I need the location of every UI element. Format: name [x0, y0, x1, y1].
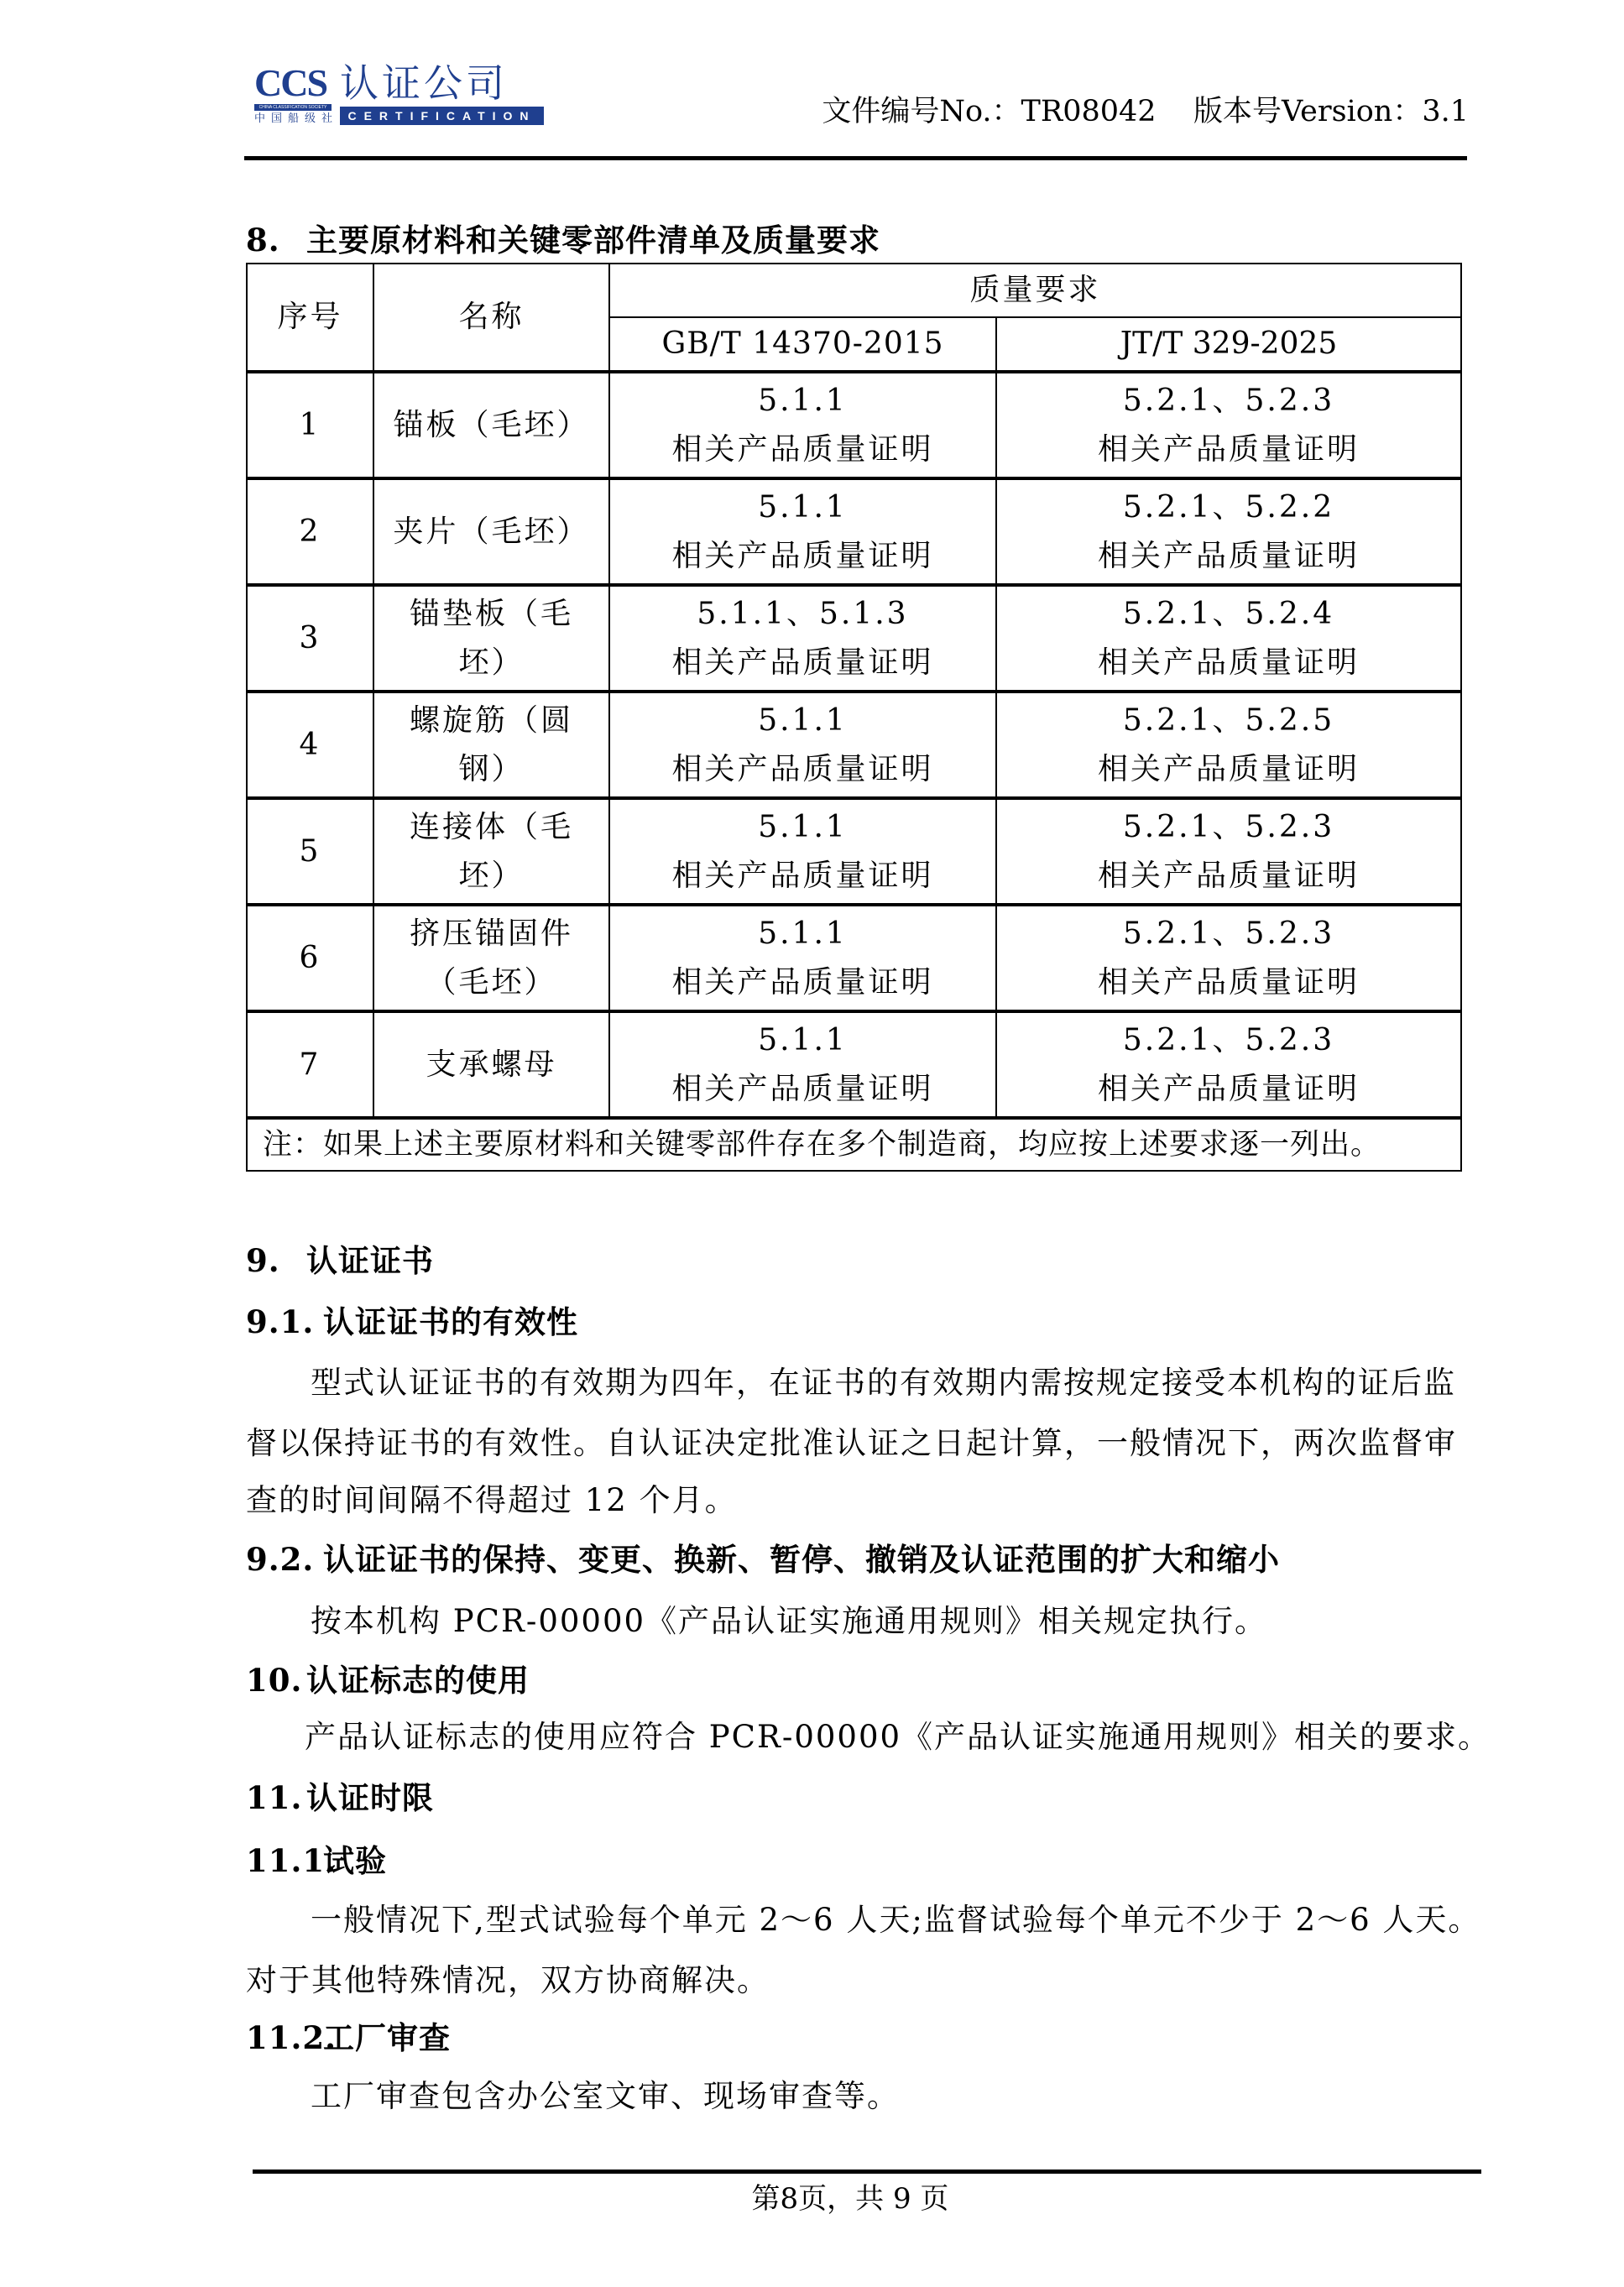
- cell-seq: 1: [247, 372, 373, 478]
- logo-society-en: CHINA CLASSIFICATION SOCIETY: [254, 104, 332, 111]
- section-8-heading: 8.主要原材料和关键零部件清单及质量要求: [246, 221, 880, 259]
- section-title: 认证证书的保持、变更、换新、暂停、撤销及认证范围的扩大和缩小: [323, 1541, 1280, 1578]
- cell-std2: 5.2.1、5.2.2相关产品质量证明: [996, 478, 1461, 585]
- section-title: 试验: [323, 1842, 387, 1879]
- header-name: 名称: [373, 264, 609, 372]
- paragraph-line: 督以保持证书的有效性。自认证决定批准认证之日起计算，一般情况下，两次监督审: [246, 1424, 1466, 1463]
- page-number: 第8页，共 9 页: [0, 2180, 1624, 2217]
- cell-seq: 6: [247, 905, 373, 1011]
- cell-std1: 5.1.1相关产品质量证明: [609, 478, 996, 585]
- cell-name: 锚板（毛坯）: [373, 372, 609, 478]
- cell-std2: 5.2.1、5.2.5相关产品质量证明: [996, 692, 1461, 798]
- section-title: 认证标志的使用: [306, 1662, 530, 1699]
- header-std-jt: JT/T 329-2025: [996, 317, 1461, 372]
- table-row: 4 螺旋筋（圆钢） 5.1.1相关产品质量证明 5.2.1、5.2.5相关产品质…: [247, 692, 1461, 798]
- document-number-version: 文件编号No.：TR08042 版本号Version：3.1: [822, 92, 1469, 131]
- table-row: 7 支承螺母 5.1.1相关产品质量证明 5.2.1、5.2.3相关产品质量证明: [247, 1011, 1461, 1118]
- section-title: 认证时限: [306, 1779, 434, 1816]
- section-number: 11.: [246, 1778, 306, 1817]
- section-number: 8.: [246, 221, 306, 259]
- cell-std1: 5.1.1相关产品质量证明: [609, 798, 996, 905]
- section-number: 11.1.: [246, 1841, 323, 1880]
- paragraph-line: 工厂审查包含办公室文审、现场审查等。: [311, 2077, 1466, 2116]
- table-row: 1 锚板（毛坯） 5.1.1相关产品质量证明 5.2.1、5.2.3相关产品质量…: [247, 372, 1461, 478]
- section-9-2-heading: 9.2.认证证书的保持、变更、换新、暂停、撤销及认证范围的扩大和缩小: [246, 1540, 1280, 1579]
- cell-std2: 5.2.1、5.2.4相关产品质量证明: [996, 585, 1461, 692]
- section-10-heading: 10.认证标志的使用: [246, 1661, 530, 1700]
- logo-society-cn: 中国船级社: [254, 112, 338, 126]
- table-note: 注：如果上述主要原材料和关键零部件存在多个制造商，均应按上述要求逐一列出。: [247, 1118, 1461, 1171]
- section-11-1-heading: 11.1.试验: [246, 1841, 387, 1880]
- section-9-heading: 9.认证证书: [246, 1241, 434, 1280]
- table-row: 5 连接体（毛坯） 5.1.1相关产品质量证明 5.2.1、5.2.3相关产品质…: [247, 798, 1461, 905]
- cell-std2: 5.2.1、5.2.3相关产品质量证明: [996, 798, 1461, 905]
- header-std-gb: GB/T 14370-2015: [609, 317, 996, 372]
- logo-certification: CERTIFICATION: [340, 107, 544, 125]
- cell-std1: 5.1.1相关产品质量证明: [609, 692, 996, 798]
- cell-std2: 5.2.1、5.2.3相关产品质量证明: [996, 372, 1461, 478]
- company-logo: CCS 认证公司 CHINA CLASSIFICATION SOCIETY 中国…: [254, 62, 544, 128]
- cell-name: 支承螺母: [373, 1011, 609, 1118]
- logo-company-name: 认证公司: [340, 62, 508, 104]
- cell-name: 挤压锚固件（毛坯）: [373, 905, 609, 1011]
- cell-name: 锚垫板（毛坯）: [373, 585, 609, 692]
- logo-ccs-mark: CCS: [254, 64, 326, 102]
- materials-table: 序号 名称 质量要求 GB/T 14370-2015 JT/T 329-2025…: [246, 263, 1462, 1172]
- footer-divider: [253, 2170, 1481, 2174]
- cell-name: 连接体（毛坯）: [373, 798, 609, 905]
- cell-seq: 3: [247, 585, 373, 692]
- cell-name: 螺旋筋（圆钢）: [373, 692, 609, 798]
- section-9-1-heading: 9.1.认证证书的有效性: [246, 1303, 578, 1341]
- table-row: 2 夹片（毛坯） 5.1.1相关产品质量证明 5.2.1、5.2.2相关产品质量…: [247, 478, 1461, 585]
- header-seq: 序号: [247, 264, 373, 372]
- cell-std1: 5.1.1相关产品质量证明: [609, 1011, 996, 1118]
- table-row: 6 挤压锚固件（毛坯） 5.1.1相关产品质量证明 5.2.1、5.2.3相关产…: [247, 905, 1461, 1011]
- section-number: 9.2.: [246, 1540, 323, 1579]
- section-number: 11.2.: [246, 2018, 323, 2057]
- cell-seq: 7: [247, 1011, 373, 1118]
- paragraph-line: 查的时间间隔不得超过 12 个月。: [246, 1481, 1466, 1520]
- paragraph-line: 型式认证证书的有效期为四年，在证书的有效期内需按规定接受本机构的证后监: [311, 1364, 1466, 1402]
- section-title: 认证证书的有效性: [323, 1303, 578, 1340]
- paragraph-line: 对于其他特殊情况，双方协商解决。: [246, 1961, 1466, 2000]
- header-divider: [244, 156, 1467, 160]
- paragraph-line: 产品认证标志的使用应符合 PCR-00000《产品认证实施通用规则》相关的要求。: [305, 1718, 1460, 1757]
- cell-std1: 5.1.1相关产品质量证明: [609, 372, 996, 478]
- paragraph-line: 按本机构 PCR-00000《产品认证实施通用规则》相关规定执行。: [311, 1602, 1466, 1641]
- section-title: 认证证书: [306, 1242, 434, 1279]
- section-number: 9.1.: [246, 1303, 323, 1341]
- section-title: 工厂审查: [323, 2019, 451, 2056]
- cell-std1: 5.1.1相关产品质量证明: [609, 905, 996, 1011]
- cell-std1: 5.1.1、5.1.3相关产品质量证明: [609, 585, 996, 692]
- table-note-row: 注：如果上述主要原材料和关键零部件存在多个制造商，均应按上述要求逐一列出。: [247, 1118, 1461, 1171]
- section-number: 10.: [246, 1661, 306, 1700]
- section-11-2-heading: 11.2.工厂审查: [246, 2018, 451, 2057]
- paragraph-line: 一般情况下,型式试验每个单元 2～6 人天;监督试验每个单元不少于 2～6 人天…: [311, 1901, 1466, 1940]
- section-title: 主要原材料和关键零部件清单及质量要求: [306, 222, 880, 258]
- cell-seq: 5: [247, 798, 373, 905]
- section-number: 9.: [246, 1241, 306, 1280]
- cell-std2: 5.2.1、5.2.3相关产品质量证明: [996, 1011, 1461, 1118]
- header-quality: 质量要求: [609, 264, 1461, 317]
- cell-seq: 2: [247, 478, 373, 585]
- cell-name: 夹片（毛坯）: [373, 478, 609, 585]
- section-11-heading: 11.认证时限: [246, 1778, 434, 1817]
- cell-std2: 5.2.1、5.2.3相关产品质量证明: [996, 905, 1461, 1011]
- table-row: 3 锚垫板（毛坯） 5.1.1、5.1.3相关产品质量证明 5.2.1、5.2.…: [247, 585, 1461, 692]
- cell-seq: 4: [247, 692, 373, 798]
